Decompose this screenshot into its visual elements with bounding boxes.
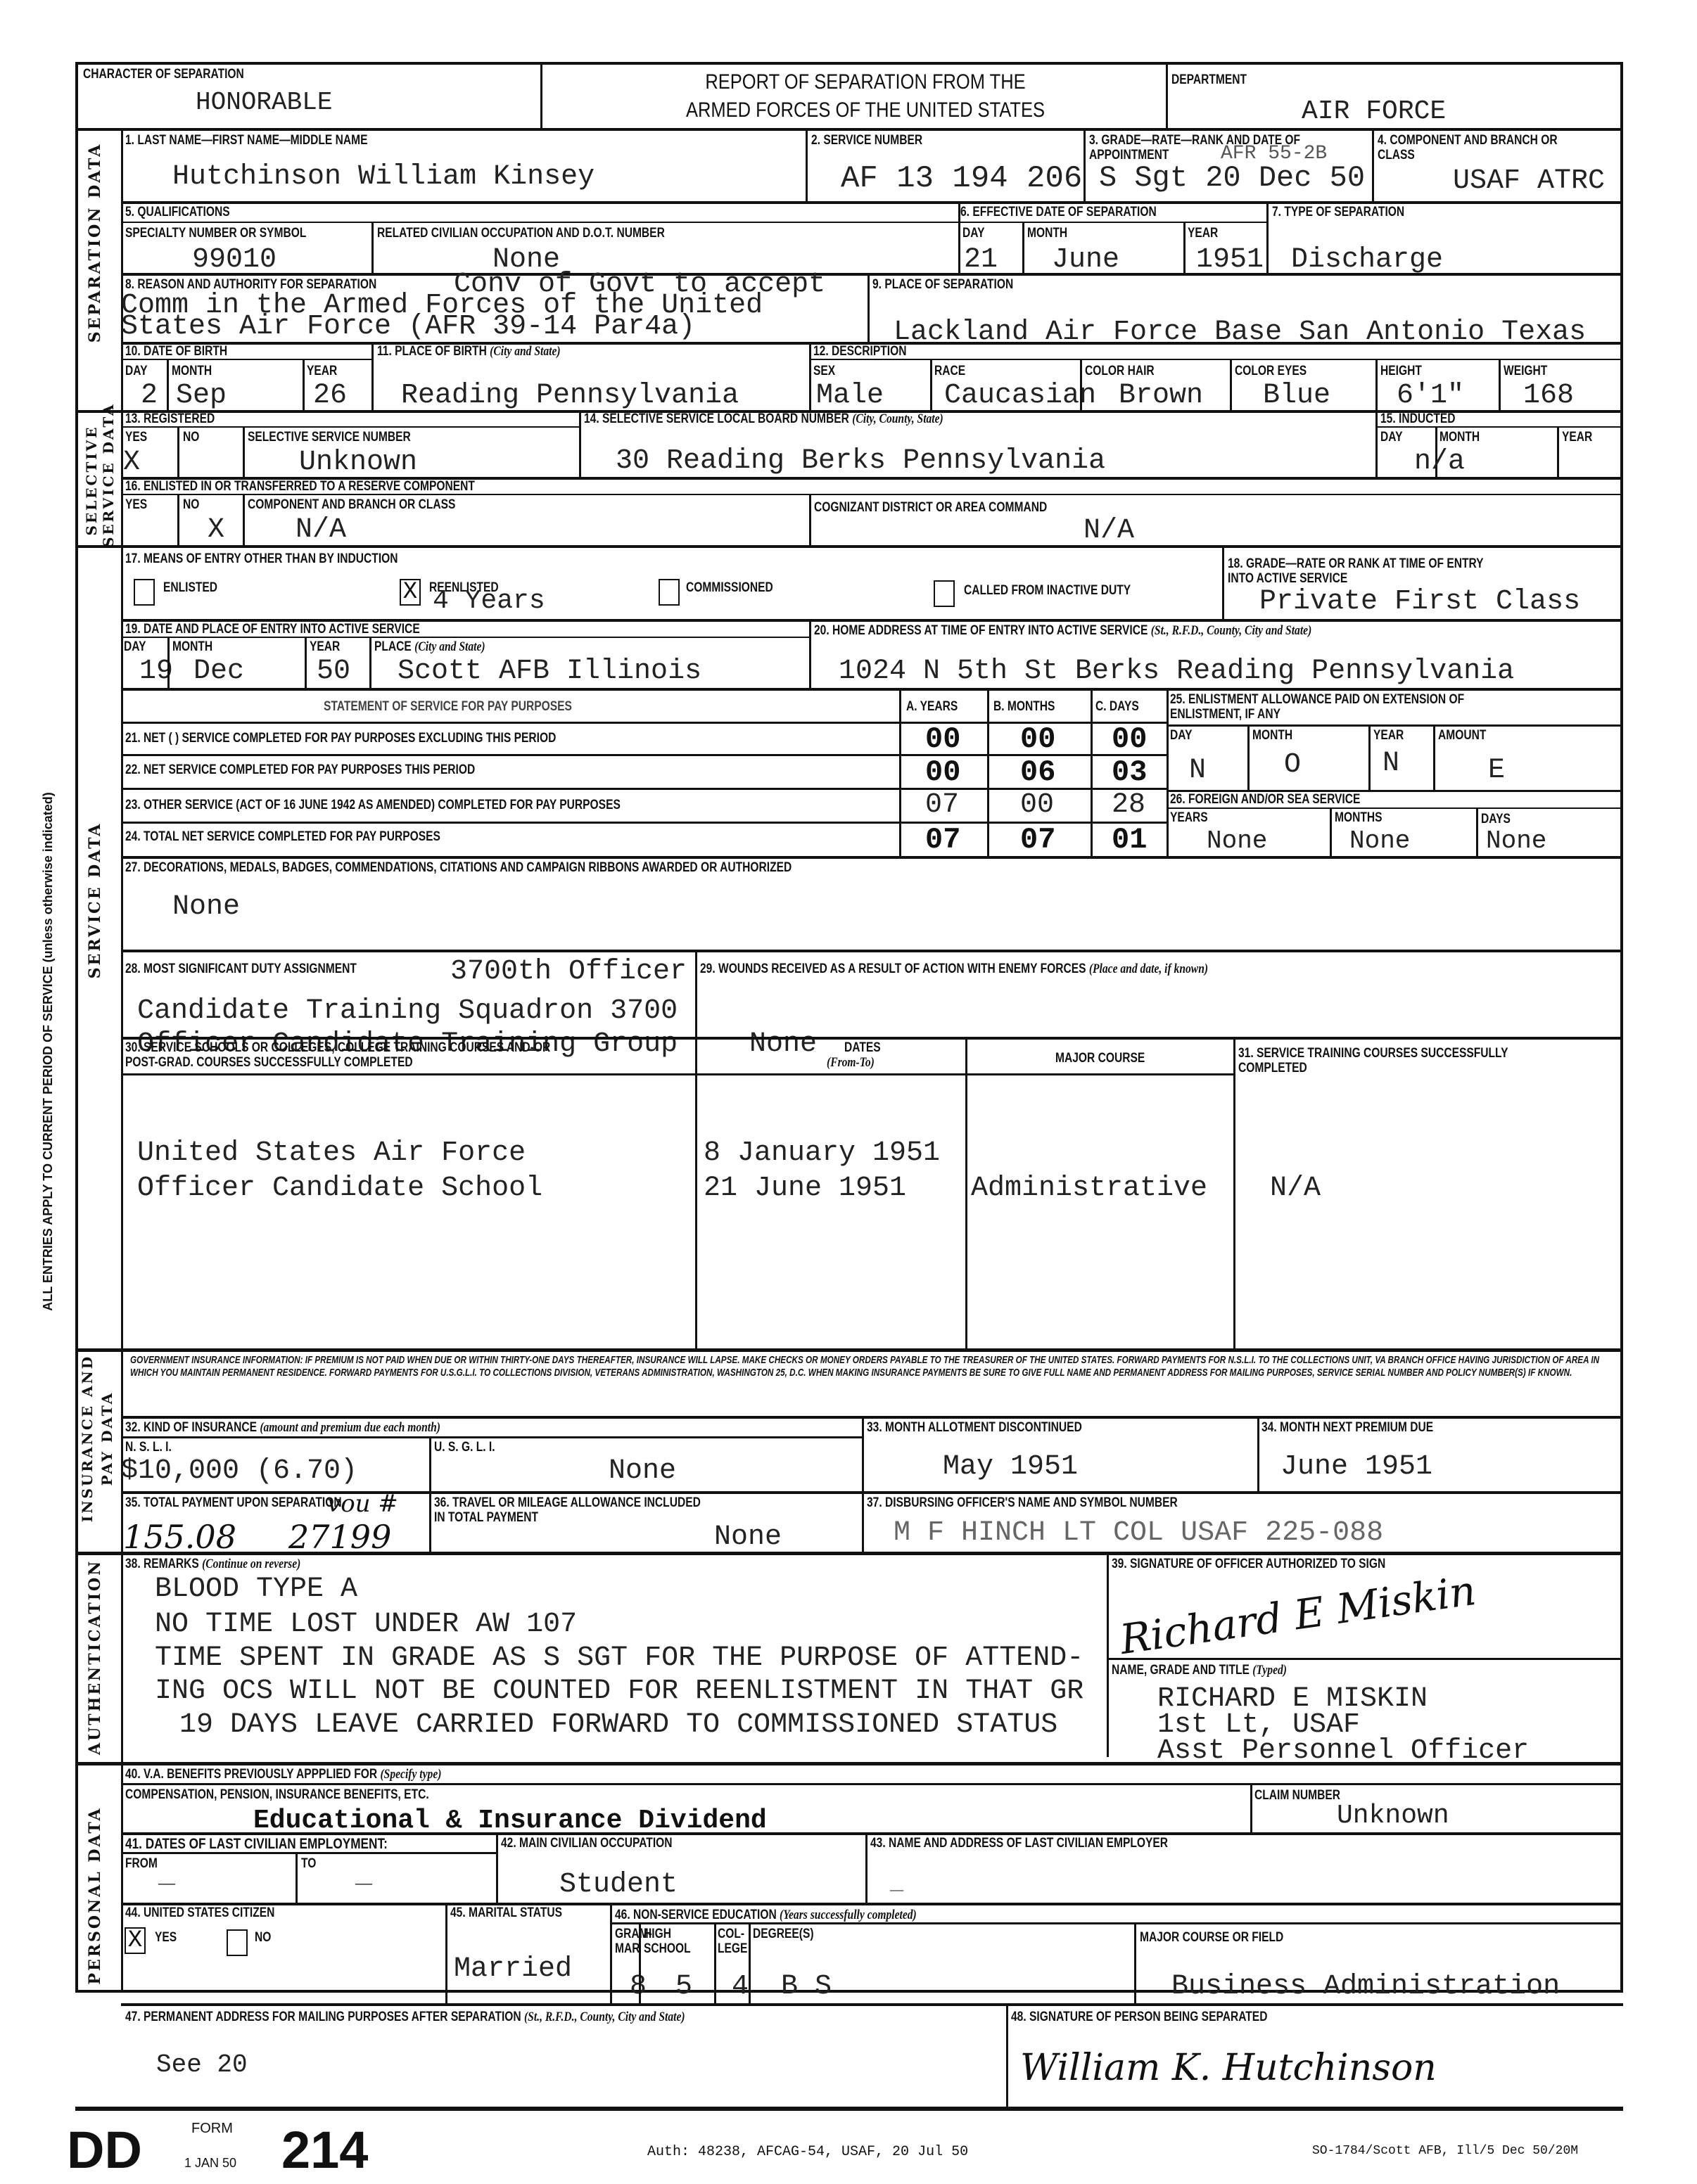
f6-month-label: MONTH xyxy=(1027,226,1067,241)
grammar-value: 8 xyxy=(630,1973,647,2001)
f38-label: 38. REMARKS (Continue on reverse) xyxy=(125,1557,300,1571)
f25-day-label: DAY xyxy=(1170,729,1192,743)
side-separation: SEPARATION DATA xyxy=(86,130,104,355)
department-label: DEPARTMENT xyxy=(1171,73,1247,87)
f43-label: 43. NAME AND ADDRESS OF LAST CIVILIAN EM… xyxy=(870,1837,1168,1851)
f19-label: 19. DATE AND PLACE OF ENTRY INTO ACTIVE … xyxy=(125,622,420,637)
f26-years: None xyxy=(1207,829,1267,854)
f46-label: 46. NON-SERVICE EDUCATION (Years success… xyxy=(615,1908,917,1922)
insurance-info: GOVERNMENT INSURANCE INFORMATION: IF PRE… xyxy=(130,1354,1601,1379)
f18-value: Private First Class xyxy=(1259,588,1580,616)
f42-label: 42. MAIN CIVILIAN OCCUPATION xyxy=(501,1837,673,1851)
side-selective-2: SERVICE DATA xyxy=(100,414,117,547)
f16-no-label: NO xyxy=(183,498,199,512)
f16-label: 16. ENLISTED IN OR TRANSFERRED TO A RESE… xyxy=(125,480,475,494)
f6-year-label: YEAR xyxy=(1188,226,1218,241)
claim-value: Unknown xyxy=(1337,1803,1449,1829)
f2-value: AF 13 194 206 xyxy=(841,163,1082,194)
citizen-yes-checkbox[interactable]: X xyxy=(125,1927,146,1954)
pay-months: 07 xyxy=(1020,825,1055,855)
college-label: COL- xyxy=(718,1927,744,1941)
f36-label-b: IN TOTAL PAYMENT xyxy=(434,1511,538,1525)
f35-label: 35. TOTAL PAYMENT UPON SEPARATION xyxy=(125,1496,342,1510)
pay-days: 03 xyxy=(1112,758,1147,787)
f28-label: 28. MOST SIGNIFICANT DUTY ASSIGNMENT xyxy=(125,962,357,976)
hair-label: COLOR HAIR xyxy=(1085,364,1155,378)
f36-value: None xyxy=(714,1524,782,1552)
f10-day-label: DAY xyxy=(125,364,147,378)
character-label: CHARACTER OF SEPARATION xyxy=(83,68,244,82)
f33-label: 33. MONTH ALLOTMENT DISCONTINUED xyxy=(867,1421,1082,1435)
f2-label: 2. SERVICE NUMBER xyxy=(811,134,922,148)
called-label: CALLED FROM INACTIVE DUTY xyxy=(964,584,1131,598)
f16-comp-label: COMPONENT AND BRANCH OR CLASS xyxy=(248,498,455,512)
f3-value: S Sgt 20 Dec 50 xyxy=(1099,163,1365,193)
side-authentication: AUTHENTICATION xyxy=(86,1565,104,1755)
f32-label: 32. KIND OF INSURANCE (amount and premiu… xyxy=(125,1421,440,1435)
f19-year: 50 xyxy=(317,658,350,686)
pay-years: 07 xyxy=(925,791,959,819)
f19-month-label: MONTH xyxy=(172,640,212,654)
f29-label: 29. WOUNDS RECEIVED AS A RESULT OF ACTIO… xyxy=(700,962,1208,976)
f29-value: None xyxy=(749,1030,817,1059)
height-value: 6'1" xyxy=(1397,382,1464,410)
f36-label: 36. TRAVEL OR MILEAGE ALLOWANCE INCLUDED xyxy=(434,1496,701,1510)
f6-month: June xyxy=(1052,246,1119,274)
character-value: HONORABLE xyxy=(196,90,332,115)
department-value: AIR FORCE xyxy=(1302,98,1446,125)
citizen-no-label: NO xyxy=(255,1931,271,1945)
f19-month: Dec xyxy=(193,658,244,686)
f35-voucher-note: vou # xyxy=(327,1490,398,1518)
from-value: —— xyxy=(158,1878,175,1892)
enlisted-checkbox[interactable] xyxy=(134,579,155,606)
f30-label: 30. SERVICE SCHOOLS OR COLLEGES, COLLEGE… xyxy=(125,1041,550,1055)
f37-value: M F HINCH LT COL USAF 225-088 xyxy=(894,1519,1383,1547)
f20-label: 20. HOME ADDRESS AT TIME OF ENTRY INTO A… xyxy=(814,624,1311,638)
f40-label: 40. V.A. BENEFITS PREVIOUSLY APPPLIED FO… xyxy=(125,1768,441,1782)
major-course-label: MAJOR COURSE xyxy=(1055,1052,1145,1066)
f40-value: Educational & Insurance Dividend xyxy=(253,1808,767,1834)
comp-label: COMPENSATION, PENSION, INSURANCE BENEFIT… xyxy=(125,1788,429,1802)
f31-label-b: COMPLETED xyxy=(1238,1061,1307,1075)
f15-month-label: MONTH xyxy=(1439,430,1480,445)
f27-value: None xyxy=(172,893,240,921)
col-months: B. MONTHS xyxy=(993,700,1055,714)
form-id-date: 1 JAN 50 xyxy=(184,2156,236,2171)
reenlisted-value: 4 Years xyxy=(433,588,545,615)
f26-days: None xyxy=(1486,829,1546,854)
weight-label: WEIGHT xyxy=(1504,364,1547,378)
f4-value: USAF ATRC xyxy=(1453,167,1605,196)
pay-years: 07 xyxy=(925,825,960,855)
f17-label: 17. MEANS OF ENTRY OTHER THAN BY INDUCTI… xyxy=(125,552,398,566)
f47-value: See 20 xyxy=(156,2052,248,2078)
enlisted-label: ENLISTED xyxy=(163,581,217,595)
major-label: MAJOR COURSE OR FIELD xyxy=(1140,1931,1283,1945)
f19-day-label: DAY xyxy=(124,640,146,654)
college-label-b: LEGE xyxy=(718,1942,747,1956)
f33-value: May 1951 xyxy=(943,1453,1078,1481)
f37-label: 37. DISBURSING OFFICER'S NAME AND SYMBOL… xyxy=(867,1496,1178,1510)
ssn-label: SELECTIVE SERVICE NUMBER xyxy=(248,430,411,445)
f28-line2: Candidate Training Squadron 3700 xyxy=(137,997,678,1026)
f25-month: O xyxy=(1284,751,1301,779)
date-from: 8 January 1951 xyxy=(704,1139,940,1168)
f26-years-label: YEARS xyxy=(1170,811,1208,825)
f15-year-label: YEAR xyxy=(1562,430,1592,445)
f30-line1: United States Air Force xyxy=(137,1139,526,1168)
f28-line1: 3700th Officer xyxy=(450,958,687,986)
called-checkbox[interactable] xyxy=(934,580,955,607)
college-value: 4 xyxy=(732,1973,749,2001)
usgli-value: None xyxy=(609,1457,676,1486)
race-value: Caucasian xyxy=(944,382,1096,410)
remark-5: 19 DAYS LEAVE CARRIED FORWARD TO COMMISS… xyxy=(179,1711,1057,1739)
f16-comp-value: N/A xyxy=(295,516,346,544)
f16-yes-label: YES xyxy=(125,498,147,512)
nsli-label: N. S. L. I. xyxy=(125,1441,172,1455)
to-value: —— xyxy=(355,1878,372,1892)
outer-note: ALL ENTRIES APPLY TO CURRENT PERIOD OF S… xyxy=(41,735,56,1368)
f10-year: 26 xyxy=(313,382,347,410)
f30-label-b: POST-GRAD. COURSES SUCCESSFULLY COMPLETE… xyxy=(125,1056,413,1070)
f31-value: N/A xyxy=(1270,1175,1321,1203)
degree-label: DEGREE(S) xyxy=(753,1927,814,1941)
f25-label-b: ENLISTMENT, IF ANY xyxy=(1170,708,1280,722)
pay-days: 28 xyxy=(1112,791,1145,819)
f26-label: 26. FOREIGN AND/OR SEA SERVICE xyxy=(1170,793,1360,807)
date-to: 21 June 1951 xyxy=(704,1175,906,1203)
claim-label: CLAIM NUMBER xyxy=(1254,1789,1340,1803)
f25-amount-label: AMOUNT xyxy=(1438,729,1486,743)
f45-label: 45. MARITAL STATUS xyxy=(450,1906,562,1920)
name-label: NAME, GRADE AND TITLE (Typed) xyxy=(1112,1663,1287,1678)
col-years: A. YEARS xyxy=(906,700,958,714)
side-service: SERVICE DATA xyxy=(86,767,104,1034)
hs-label-b: SCHOOL xyxy=(644,1942,691,1956)
race-label: RACE xyxy=(934,364,965,378)
f34-label: 34. MONTH NEXT PREMIUM DUE xyxy=(1261,1421,1433,1435)
form-title-line1: REPORT OF SEPARATION FROM THE xyxy=(597,70,1135,94)
f47-label: 47. PERMANENT ADDRESS FOR MAILING PURPOS… xyxy=(125,2010,685,2024)
f45-value: Married xyxy=(454,1955,572,1984)
f10-month-label: MONTH xyxy=(172,364,212,378)
pay-months: 06 xyxy=(1020,758,1055,787)
f3-label-b: APPOINTMENT xyxy=(1089,148,1169,162)
major-course: Administrative xyxy=(971,1175,1207,1203)
sex-value: Male xyxy=(816,382,884,410)
f8-line3: States Air Force (AFR 39-14 Par4a) xyxy=(121,313,695,341)
f41-label: 41. DATES OF LAST CIVILIAN EMPLOYMENT: xyxy=(125,1837,388,1852)
eyes-label: COLOR EYES xyxy=(1235,364,1307,378)
f10-label: 10. DATE OF BIRTH xyxy=(125,345,227,359)
f18-label-b: INTO ACTIVE SERVICE xyxy=(1228,572,1347,586)
f12-label: 12. DESCRIPTION xyxy=(813,345,906,359)
f35-voucher: 27199 xyxy=(288,1518,391,1556)
f4-label-b: CLASS xyxy=(1378,148,1415,162)
cognizant-value: N/A xyxy=(1083,517,1134,545)
f25-day: N xyxy=(1189,757,1206,785)
f14-value: 30 Reading Berks Pennsylvania xyxy=(616,447,1105,475)
form-title-line2: ARMED FORCES OF THE UNITED STATES xyxy=(597,98,1135,122)
f9-label: 9. PLACE OF SEPARATION xyxy=(872,278,1013,292)
auth-line: Auth: 48238, AFCAG-54, USAF, 20 Jul 50 xyxy=(647,2144,968,2160)
degree-value: B S xyxy=(781,1973,832,2001)
f7-label: 7. TYPE OF SEPARATION xyxy=(1272,205,1404,219)
f25-label: 25. ENLISTMENT ALLOWANCE PAID ON EXTENSI… xyxy=(1170,693,1464,707)
pay-months: 00 xyxy=(1020,791,1054,819)
f20-value: 1024 N 5th St Berks Reading Pennsylvania xyxy=(839,658,1514,686)
f7-value: Discharge xyxy=(1291,246,1443,274)
f35-value: 155.08 xyxy=(123,1518,236,1556)
f43-value: —— xyxy=(890,1885,903,1896)
person-signature: William K. Hutchinson xyxy=(1020,2047,1437,2089)
eyes-value: Blue xyxy=(1263,382,1330,410)
f13-label: 13. REGISTERED xyxy=(125,412,215,426)
form-id-number: 214 xyxy=(281,2124,368,2176)
f39-label: 39. SIGNATURE OF OFFICER AUTHORIZED TO S… xyxy=(1112,1557,1385,1571)
f6-year: 1951 xyxy=(1196,246,1264,274)
sex-label: SEX xyxy=(813,364,835,378)
f13-yes-label: YES xyxy=(125,430,147,445)
pay-days: 01 xyxy=(1112,825,1147,855)
f44-label: 44. UNITED STATES CITIZEN xyxy=(125,1906,274,1920)
pay-days: 00 xyxy=(1112,724,1147,754)
commissioned-checkbox[interactable] xyxy=(659,579,680,606)
f25-year: N xyxy=(1383,750,1399,778)
citizen-no-checkbox[interactable] xyxy=(227,1929,248,1956)
f11-value: Reading Pennsylvania xyxy=(401,382,739,410)
f4-label: 4. COMPONENT AND BRANCH OR xyxy=(1378,134,1558,148)
f19-place-label: PLACE (City and State) xyxy=(374,640,485,654)
hs-label: HIGH xyxy=(644,1927,671,1941)
side-insurance-2: PAY DATA xyxy=(98,1354,115,1523)
f19-year-label: YEAR xyxy=(310,640,340,654)
f15-value: n/a xyxy=(1414,448,1465,476)
f26-months-label: MONTHS xyxy=(1335,811,1383,825)
usgli-label: U. S. G. L. I. xyxy=(434,1441,495,1455)
f34-value: June 1951 xyxy=(1280,1453,1432,1481)
to-label: TO xyxy=(301,1857,316,1871)
f31-label: 31. SERVICE TRAINING COURSES SUCCESSFULL… xyxy=(1238,1047,1508,1061)
f18-label: 18. GRADE—RATE OR RANK AT TIME OF ENTRY xyxy=(1228,557,1484,571)
f15-day-label: DAY xyxy=(1380,430,1402,445)
hair-value: Brown xyxy=(1119,382,1203,410)
col-days: C. DAYS xyxy=(1095,700,1139,714)
remark-1: BLOOD TYPE A xyxy=(155,1576,357,1604)
pay-years: 00 xyxy=(925,758,960,787)
grammar-label-b: MAR xyxy=(615,1942,640,1956)
pay-years: 00 xyxy=(925,724,960,754)
f10-day: 2 xyxy=(141,382,158,410)
f1-value: Hutchinson William Kinsey xyxy=(172,163,595,191)
f19-place: Scott AFB Illinois xyxy=(398,658,701,686)
hs-value: 5 xyxy=(675,1973,692,2001)
citizen-yes-label: YES xyxy=(155,1931,177,1945)
print-line: SO-1784/Scott AFB, Ill/5 Dec 50/20M xyxy=(1312,2144,1578,2158)
remark-3: TIME SPENT IN GRADE AS S SGT FOR THE PUR… xyxy=(155,1645,1083,1673)
reenlisted-checkbox[interactable]: X xyxy=(400,579,421,606)
specialty-value: 99010 xyxy=(192,246,277,274)
ssn-value: Unknown xyxy=(299,449,417,477)
nsli-value: $10,000 (6.70) xyxy=(121,1457,357,1486)
f48-label: 48. SIGNATURE OF PERSON BEING SEPARATED xyxy=(1011,2010,1267,2024)
civ-occ-label: RELATED CIVILIAN OCCUPATION AND D.O.T. N… xyxy=(377,226,665,241)
side-insurance-1: INSURANCE AND xyxy=(79,1354,96,1523)
f16-no-mark: X xyxy=(208,516,224,544)
f15-label: 15. INDUCTED xyxy=(1380,412,1455,426)
f11-label: 11. PLACE OF BIRTH (City and State) xyxy=(377,345,561,359)
f6-day-label: DAY xyxy=(962,226,984,241)
f26-months: None xyxy=(1349,829,1410,854)
f13-no-label: NO xyxy=(183,430,199,445)
f5-label: 5. QUALIFICATIONS xyxy=(125,205,230,219)
f27-label: 27. DECORATIONS, MEDALS, BADGES, COMMEND… xyxy=(125,861,792,875)
form-id-dd: DD xyxy=(67,2124,142,2176)
commissioned-label: COMMISSIONED xyxy=(686,581,773,595)
statement-label: STATEMENT OF SERVICE FOR PAY PURPOSES xyxy=(324,700,572,714)
pay-months: 00 xyxy=(1020,724,1055,754)
f10-month: Sep xyxy=(176,382,227,410)
side-personal: PERSONAL DATA xyxy=(86,1780,104,2012)
f6-label: 6. EFFECTIVE DATE OF SEPARATION xyxy=(960,205,1157,219)
f25-month-label: MONTH xyxy=(1252,729,1292,743)
f10-year-label: YEAR xyxy=(307,364,337,378)
dates-label-italic: (From-To) xyxy=(827,1056,875,1070)
remark-2: NO TIME LOST UNDER AW 107 xyxy=(155,1611,577,1639)
height-label: HEIGHT xyxy=(1380,364,1422,378)
from-label: FROM xyxy=(125,1857,158,1871)
side-selective-1: SELECTIVE xyxy=(83,414,100,547)
f25-amount: E xyxy=(1488,757,1505,785)
f30-line2: Officer Candidate School xyxy=(137,1175,542,1203)
major-value: Business Administration xyxy=(1171,1973,1560,2001)
f26-days-label: DAYS xyxy=(1481,812,1511,826)
cognizant-label: COGNIZANT DISTRICT OR AREA COMMAND xyxy=(814,501,1047,515)
f42-value: Student xyxy=(559,1871,678,1899)
f6-day: 21 xyxy=(964,246,998,274)
f25-year-label: YEAR xyxy=(1373,729,1404,743)
f1-label: 1. LAST NAME—FIRST NAME—MIDDLE NAME xyxy=(125,134,367,148)
officer-title: Asst Personnel Officer xyxy=(1157,1737,1529,1765)
dates-label: DATES xyxy=(844,1041,881,1055)
specialty-label: SPECIALTY NUMBER OR SYMBOL xyxy=(125,226,306,241)
weight-value: 168 xyxy=(1523,382,1574,410)
remark-4: ING OCS WILL NOT BE COUNTED FOR REENLIST… xyxy=(155,1678,1083,1706)
form-id-form: FORM xyxy=(191,2121,233,2137)
f13-yes-mark: X xyxy=(123,449,140,477)
f14-label: 14. SELECTIVE SERVICE LOCAL BOARD NUMBER… xyxy=(584,412,943,426)
